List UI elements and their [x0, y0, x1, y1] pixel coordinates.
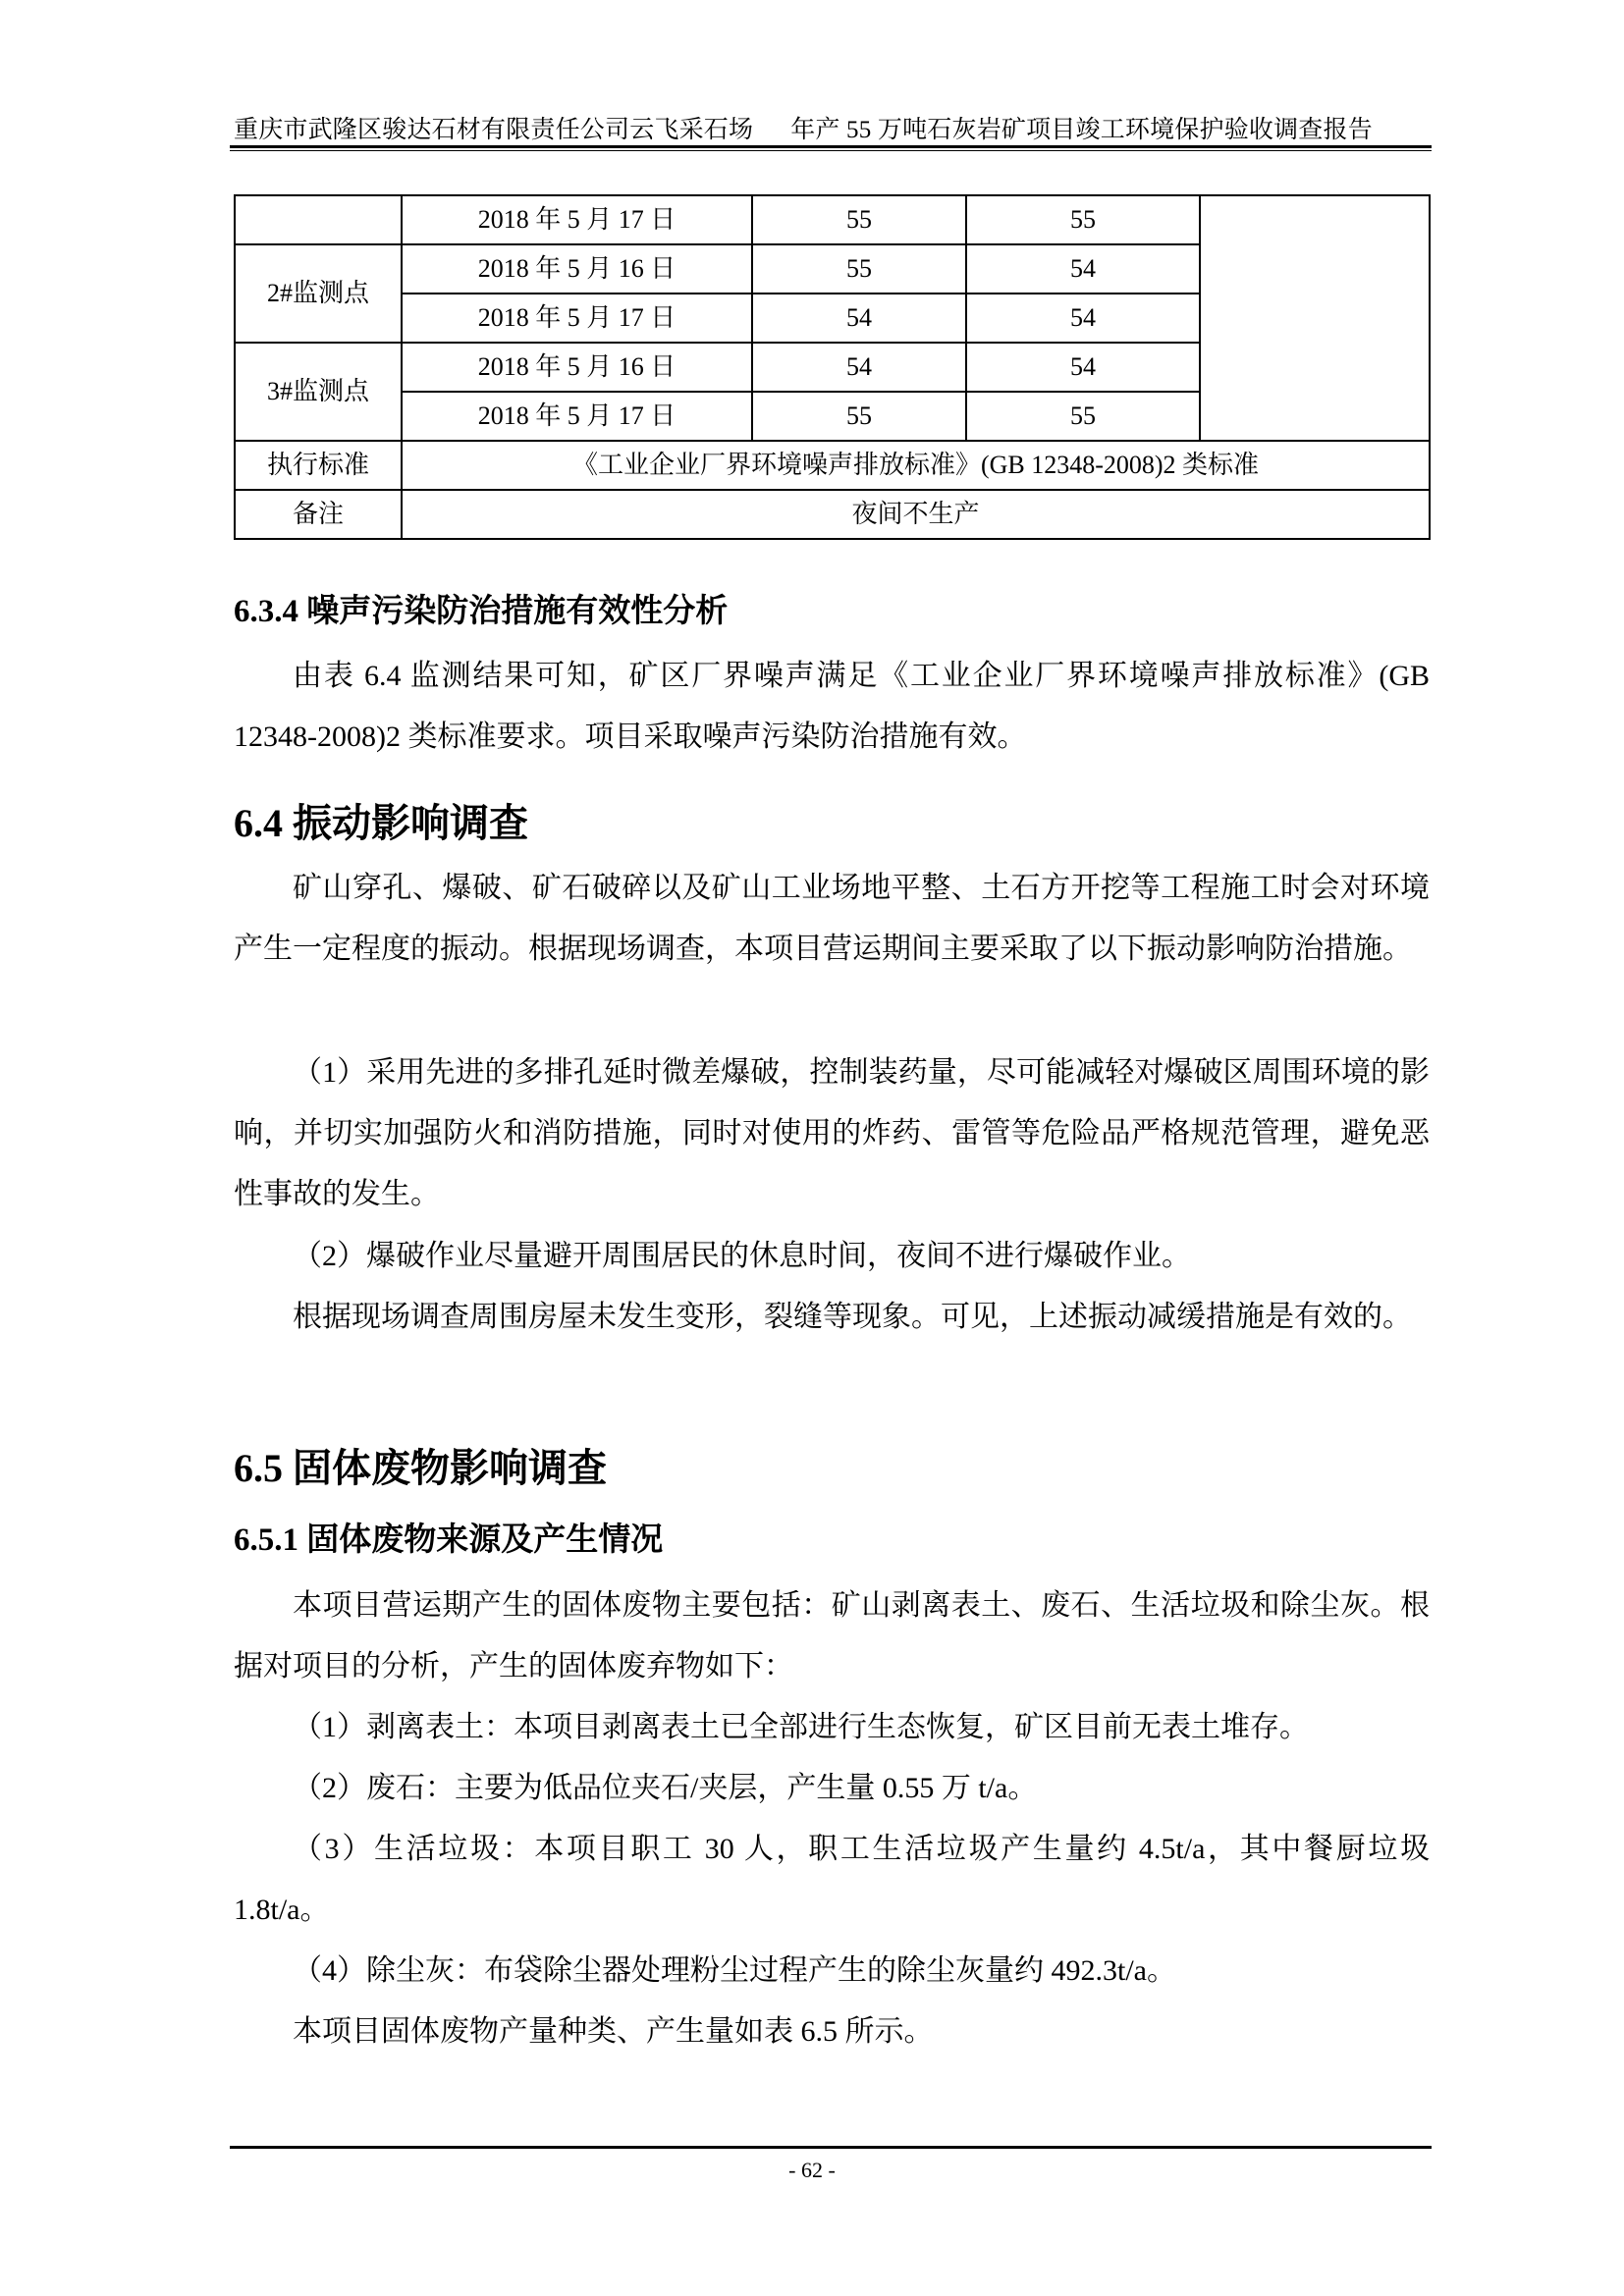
section-6-5-1-title: 6.5.1 固体废物来源及产生情况	[234, 1514, 663, 1560]
header-report-title: 年产 55 万吨石灰岩矿项目竣工环境保护验收调查报告	[790, 117, 1373, 143]
table-row: 2018 年 5 月 17 日 55 55	[235, 195, 1430, 244]
cell-day-value: 55	[752, 195, 966, 244]
section-6-4-measure-2: （2）爆破作业尽量避开周围居民的休息时间，夜间不进行爆破作业。	[234, 1226, 1430, 1287]
footer-rule	[230, 2146, 1432, 2149]
section-6-5-1-item-1: （1）剥离表土：本项目剥离表土已全部进行生态恢复，矿区目前无表土堆存。	[234, 1697, 1430, 1758]
standard-label: 执行标准	[235, 441, 402, 490]
standard-value: 《工业企业厂界环境噪声排放标准》(GB 12348-2008)2 类标准	[402, 441, 1430, 490]
section-6-5-1-paragraph-2: 本项目固体废物产量种类、产生量如表 6.5 所示。	[234, 2002, 1430, 2062]
header-rule	[230, 145, 1432, 148]
section-6-5-1-item-2: （2）废石：主要为低品位夹石/夹层，产生量 0.55 万 t/a。	[234, 1758, 1430, 1819]
section-6-5-1-item-4: （4）除尘灰：布袋除尘器处理粉尘过程产生的除尘灰量约 492.3t/a。	[234, 1941, 1430, 2002]
cell-day-value: 54	[752, 294, 966, 343]
page-number: - 62 -	[0, 2158, 1624, 2183]
cell-date: 2018 年 5 月 17 日	[402, 392, 752, 441]
table-row-standard: 执行标准 《工业企业厂界环境噪声排放标准》(GB 12348-2008)2 类标…	[235, 441, 1430, 490]
cell-night-value: 54	[966, 343, 1200, 392]
header-rule-thin	[230, 150, 1432, 151]
cell-night-value: 55	[966, 195, 1200, 244]
cell-night-value: 55	[966, 392, 1200, 441]
section-6-5-title: 6.5 固体废物影响调查	[234, 1437, 607, 1493]
section-6-5-1-paragraph-1: 本项目营运期产生的固体废物主要包括：矿山剥离表土、废石、生活垃圾和除尘灰。根据对…	[234, 1575, 1430, 1697]
cell-point: 2#监测点	[235, 244, 402, 343]
cell-night-value: 54	[966, 244, 1200, 294]
remark-value: 夜间不生产	[402, 490, 1430, 539]
remark-label: 备注	[235, 490, 402, 539]
section-6-3-4-paragraph: 由表 6.4 监测结果可知，矿区厂界噪声满足《工业企业厂界环境噪声排放标准》(G…	[234, 646, 1430, 768]
cell-day-value: 54	[752, 343, 966, 392]
section-6-3-4-title: 6.3.4 噪声污染防治措施有效性分析	[234, 585, 728, 631]
section-6-4-title: 6.4 振动影响调查	[234, 792, 528, 848]
cell-date: 2018 年 5 月 17 日	[402, 294, 752, 343]
cell-date: 2018 年 5 月 17 日	[402, 195, 752, 244]
page-header: 重庆市武隆区骏达石材有限责任公司云飞采石场年产 55 万吨石灰岩矿项目竣工环境保…	[234, 110, 1428, 145]
section-6-4-conclusion: 根据现场调查周围房屋未发生变形，裂缝等现象。可见，上述振动减缓措施是有效的。	[234, 1287, 1430, 1348]
cell-date: 2018 年 5 月 16 日	[402, 343, 752, 392]
cell-day-value: 55	[752, 244, 966, 294]
header-company: 重庆市武隆区骏达石材有限责任公司云飞采石场	[234, 117, 753, 143]
cell-date: 2018 年 5 月 16 日	[402, 244, 752, 294]
cell-point: 3#监测点	[235, 343, 402, 441]
section-6-5-1-item-3: （3）生活垃圾：本项目职工 30 人，职工生活垃圾产生量约 4.5t/a，其中餐…	[234, 1819, 1430, 1941]
noise-monitoring-table: 2018 年 5 月 17 日 55 55 2#监测点 2018 年 5 月 1…	[234, 194, 1431, 540]
section-6-4-paragraph-1: 矿山穿孔、爆破、矿石破碎以及矿山工业场地平整、土石方开挖等工程施工时会对环境产生…	[234, 858, 1430, 980]
table-row-remark: 备注 夜间不生产	[235, 490, 1430, 539]
cell-blank-limit	[1200, 195, 1430, 441]
section-6-4-measure-1: （1）采用先进的多排孔延时微差爆破，控制装药量，尽可能减轻对爆破区周围环境的影响…	[234, 1042, 1430, 1225]
cell-day-value: 55	[752, 392, 966, 441]
cell-night-value: 54	[966, 294, 1200, 343]
cell-point	[235, 195, 402, 244]
